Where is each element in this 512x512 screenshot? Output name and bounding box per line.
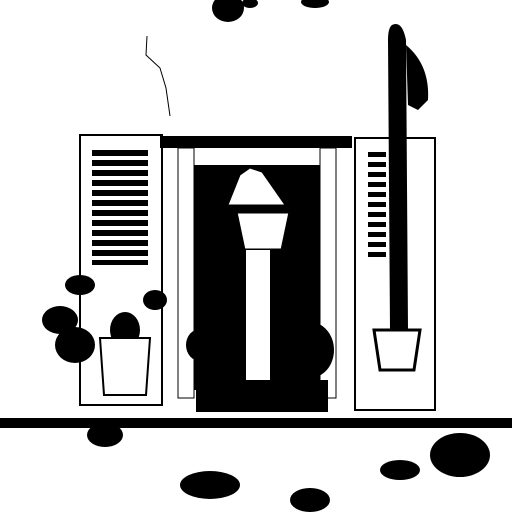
window-photo	[0, 0, 512, 512]
ledge	[0, 418, 512, 428]
cactus-sill	[286, 322, 334, 378]
left-pot	[100, 338, 150, 395]
sill-planter	[196, 380, 328, 412]
